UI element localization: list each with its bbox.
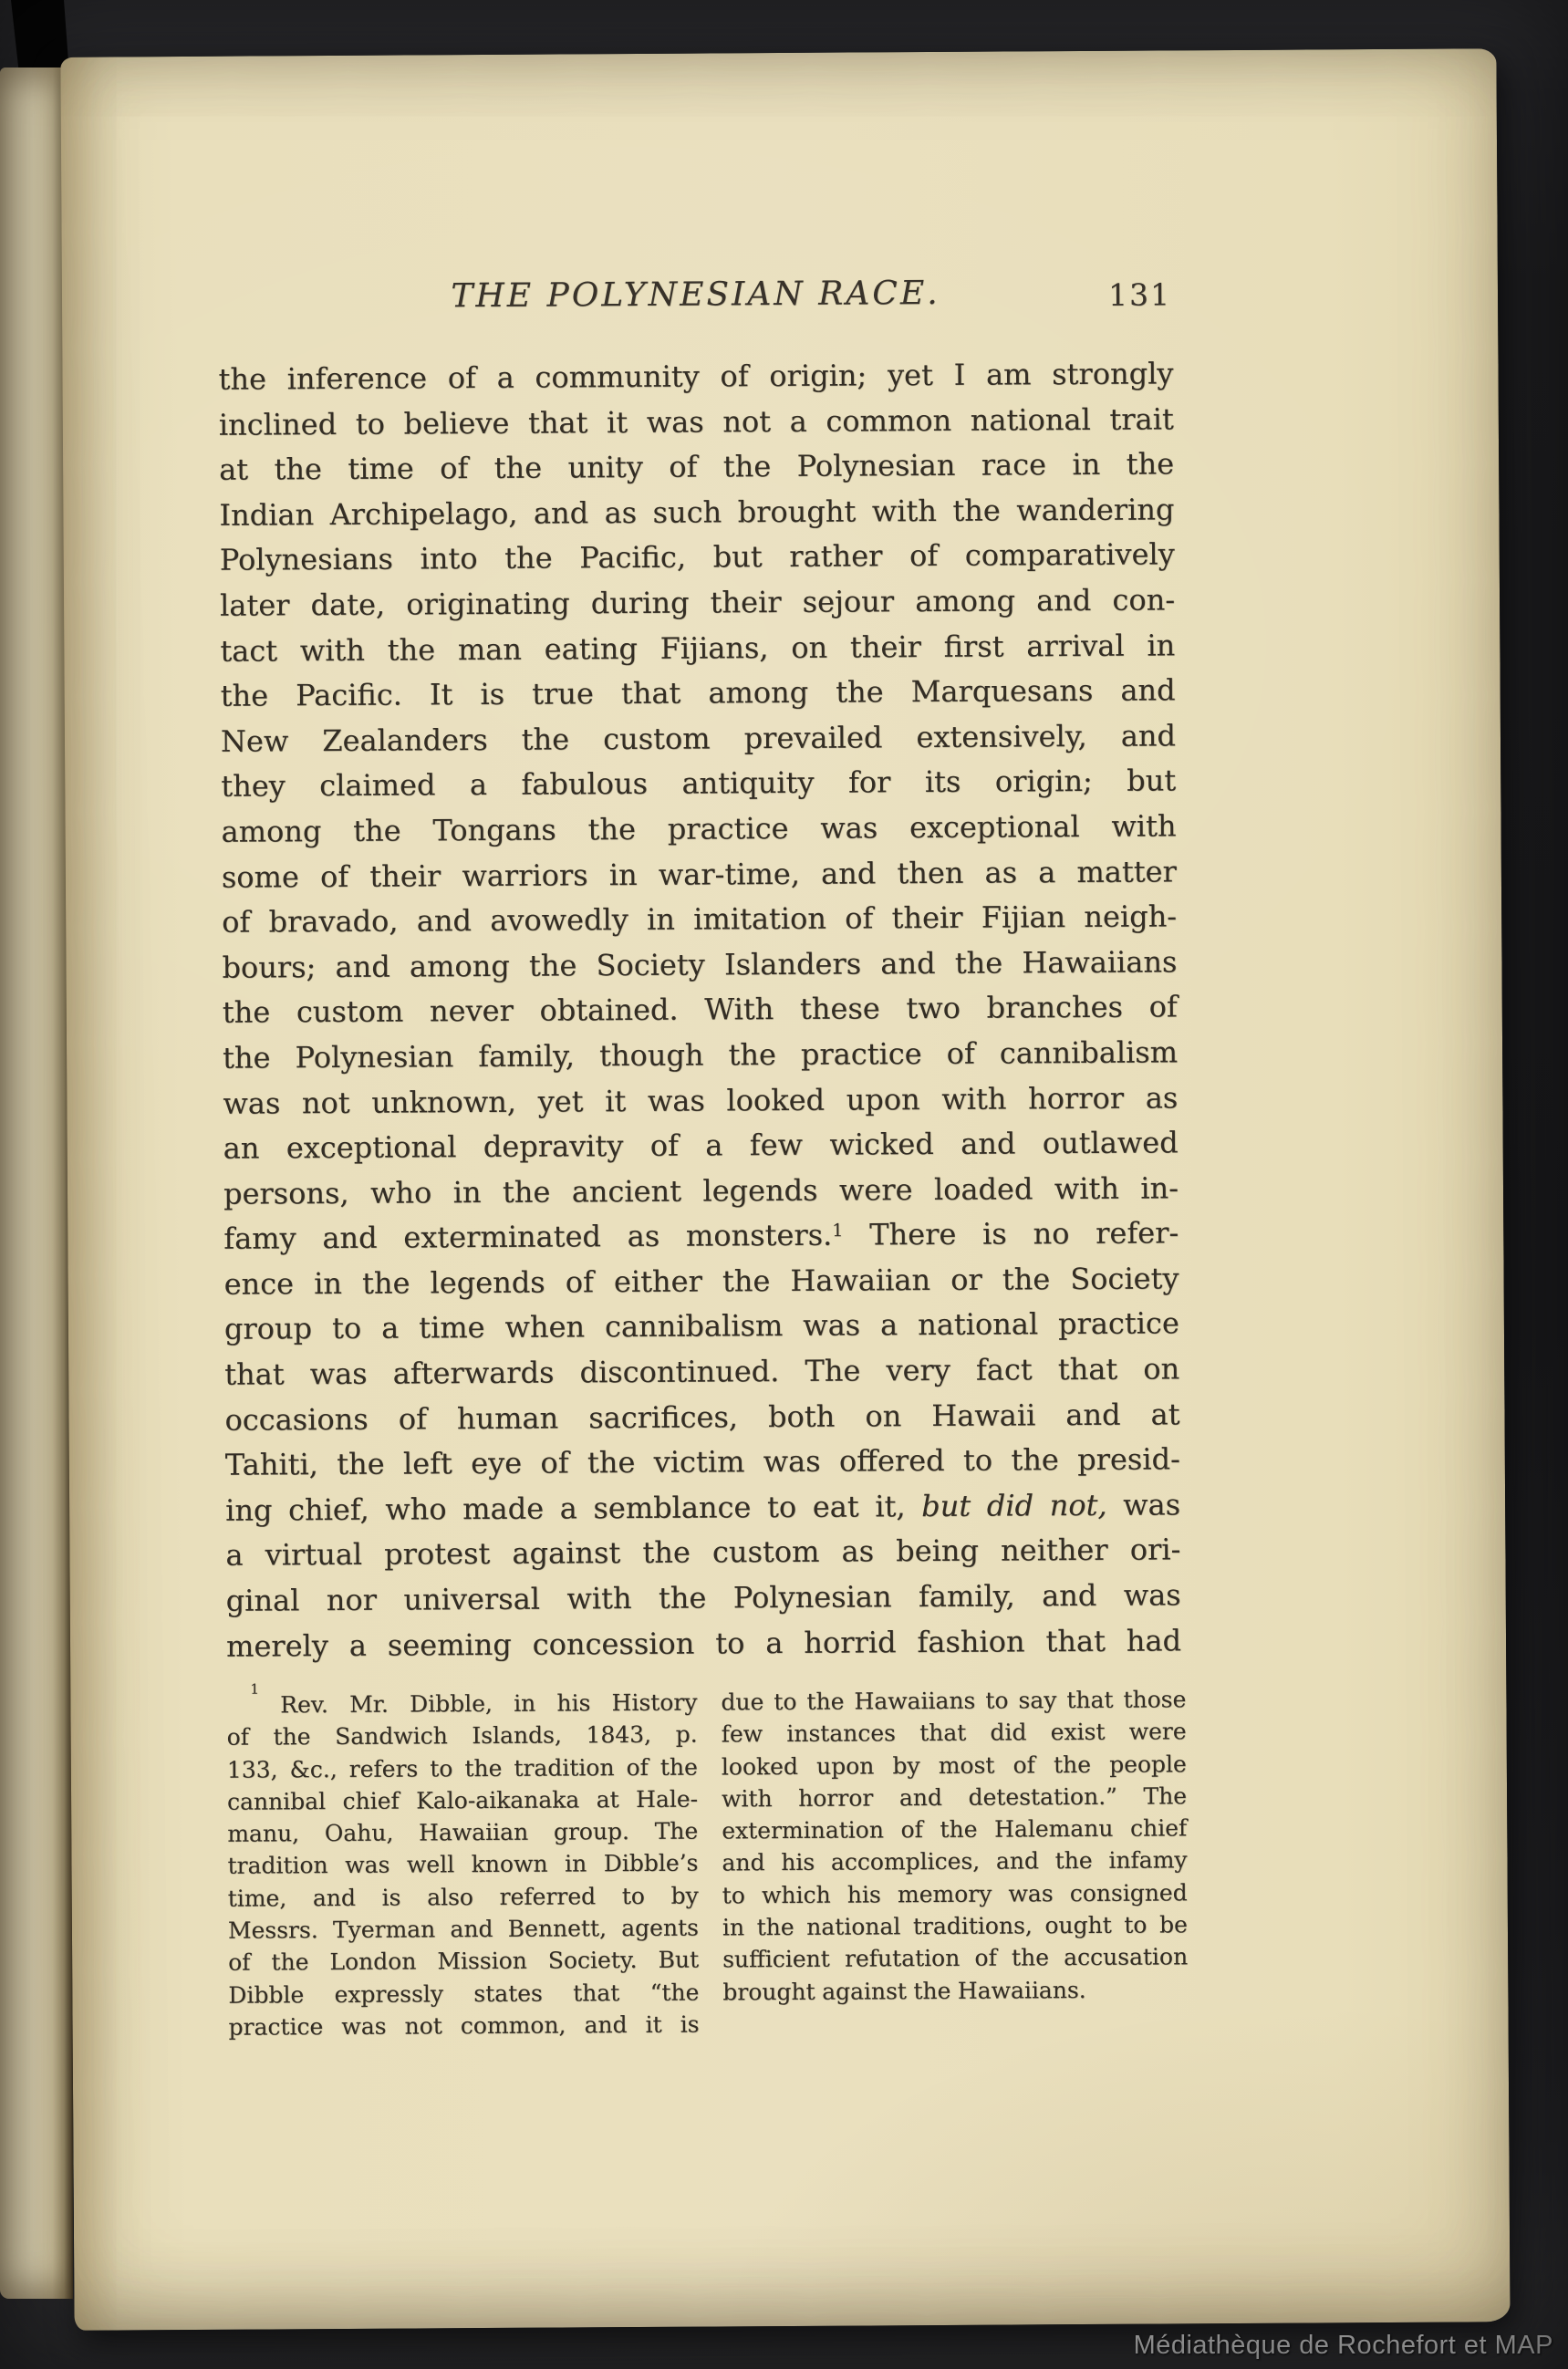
text-line: famyandexterminatedasmonsters.1Thereisno… — [223, 1211, 1179, 1262]
text-line: amongtheTongansthepracticewasexceptional… — [221, 804, 1176, 855]
text-line: occasionsofhumansacrifices,bothonHawaiia… — [224, 1392, 1179, 1443]
text-line: duetotheHawaiianstosaythatthose — [721, 1683, 1186, 1718]
text-line: thePolynesianfamily,thoughthepracticeofc… — [223, 1030, 1178, 1081]
text-line: grouptoatimewhencannibalismwasanationalp… — [224, 1302, 1179, 1353]
text-line: thePacific.ItistruethatamongtheMarquesan… — [221, 669, 1176, 720]
text-line: merelyaseemingconcessiontoahorridfashion… — [226, 1618, 1181, 1669]
text-line: practicewasnotcommon,anditis — [228, 2009, 699, 2043]
text-line: avirtualprotestagainstthecustomasbeingne… — [225, 1528, 1180, 1579]
text-line: inthenationaltraditions,oughttobe — [722, 1908, 1188, 1943]
text-line: atthetimeoftheunityofthePolynesianracein… — [219, 442, 1174, 494]
text-line: anexceptionaldepravityofafewwickedandout… — [223, 1120, 1179, 1171]
text-line: ginalnoruniversalwiththePolynesianfamily… — [226, 1573, 1181, 1624]
body-text: theinferenceofacommunityoforigin;yetIams… — [218, 351, 1181, 1669]
text-line: oftheLondonMissionSociety.But — [228, 1944, 699, 1979]
text-line: broughtagainsttheHawaiians. — [722, 1973, 1188, 2008]
text-line: bours;andamongtheSocietyIslandersandtheH… — [222, 940, 1177, 991]
library-watermark: Médiathèque de Rochefort et MAP — [1134, 2331, 1553, 2361]
text-line: andhisaccomplices,andtheinfamy — [722, 1844, 1187, 1879]
text-line: enceinthelegendsofeithertheHawaiianorthe… — [223, 1256, 1179, 1307]
text-line: IndianArchipelago,andassuchbroughtwithth… — [219, 487, 1174, 538]
text-line: Dibbleexpresslystatesthat“the — [228, 1976, 699, 2011]
text-line: exterminationoftheHalemanuchief — [722, 1813, 1187, 1847]
text-line: ofbravado,andavowedlyinimitationoftheirF… — [222, 894, 1177, 945]
page-title: THE POLYNESIAN RACE. — [218, 273, 1173, 316]
text-line: ingchief,whomadeasemblancetoeatit,butdid… — [225, 1482, 1180, 1533]
text-line: cannibalchiefKalo-aikanakaatHale- — [227, 1782, 698, 1817]
text-line: PolynesiansintothePacific,butratherofcom… — [220, 533, 1175, 584]
text-line: theyclaimedafabulousantiquityforitsorigi… — [221, 759, 1176, 810]
footnote-column-right: duetotheHawaiianstosaythatthosefewinstan… — [721, 1683, 1188, 2008]
text-line: 1Rev.Mr.Dibble,inhisHistory — [226, 1687, 697, 1721]
page-number: 131 — [1108, 276, 1171, 312]
book-photo: THE POLYNESIAN RACE. 131 theinferenceofa… — [0, 0, 1568, 2369]
text-line: withhorroranddetestation.”The — [722, 1780, 1187, 1814]
text-line: towhichhismemorywasconsigned — [722, 1876, 1188, 1911]
text-line: Messrs.TyermanandBennett,agents — [228, 1912, 699, 1947]
text-line: NewZealandersthecustomprevailedextensive… — [221, 713, 1176, 764]
text-line: sufficientrefutationoftheaccusation — [722, 1941, 1188, 1976]
text-line: time,andisalsoreferredtoby — [228, 1879, 699, 1914]
text-line: thatwasafterwardsdiscontinued.Theveryfac… — [224, 1346, 1179, 1398]
text-line: inclinedtobelievethatitwasnotacommonnati… — [219, 397, 1174, 448]
text-line: manu,Oahu,Hawaiiangroup.The — [227, 1815, 698, 1850]
text-line: 133,&c.,referstothetraditionofthe — [227, 1751, 698, 1785]
text-line: lookeduponbymostofthepeople — [722, 1748, 1187, 1782]
text-line: fewinstancesthatdidexistwere — [722, 1716, 1187, 1751]
book-page: THE POLYNESIAN RACE. 131 theinferenceofa… — [60, 48, 1510, 2331]
text-line: wasnotunknown,yetitwaslookeduponwithhorr… — [223, 1075, 1178, 1127]
text-line: thecustomneverobtained.Withthesetwobranc… — [223, 985, 1178, 1036]
text-line: laterdate,originatingduringtheirsejouram… — [220, 577, 1175, 629]
text-line: Tahiti,thelefteyeofthevictimwasofferedto… — [225, 1438, 1180, 1489]
running-header: THE POLYNESIAN RACE. 131 — [218, 273, 1173, 326]
text-line: tactwiththemaneatingFijians,ontheirfirst… — [220, 623, 1175, 674]
text-line: traditionwaswellknowninDibble’s — [227, 1847, 698, 1882]
text-line: persons,whointheancientlegendswereloaded… — [223, 1166, 1179, 1217]
text-line: theinferenceofacommunityoforigin;yetIams… — [218, 351, 1173, 402]
footnote-column-left: 1Rev.Mr.Dibble,inhisHistoryoftheSandwich… — [226, 1687, 699, 2043]
text-line: someoftheirwarriorsinwar-time,andthenasa… — [222, 849, 1177, 900]
text-line: oftheSandwichIslands,1843,p. — [227, 1719, 698, 1753]
